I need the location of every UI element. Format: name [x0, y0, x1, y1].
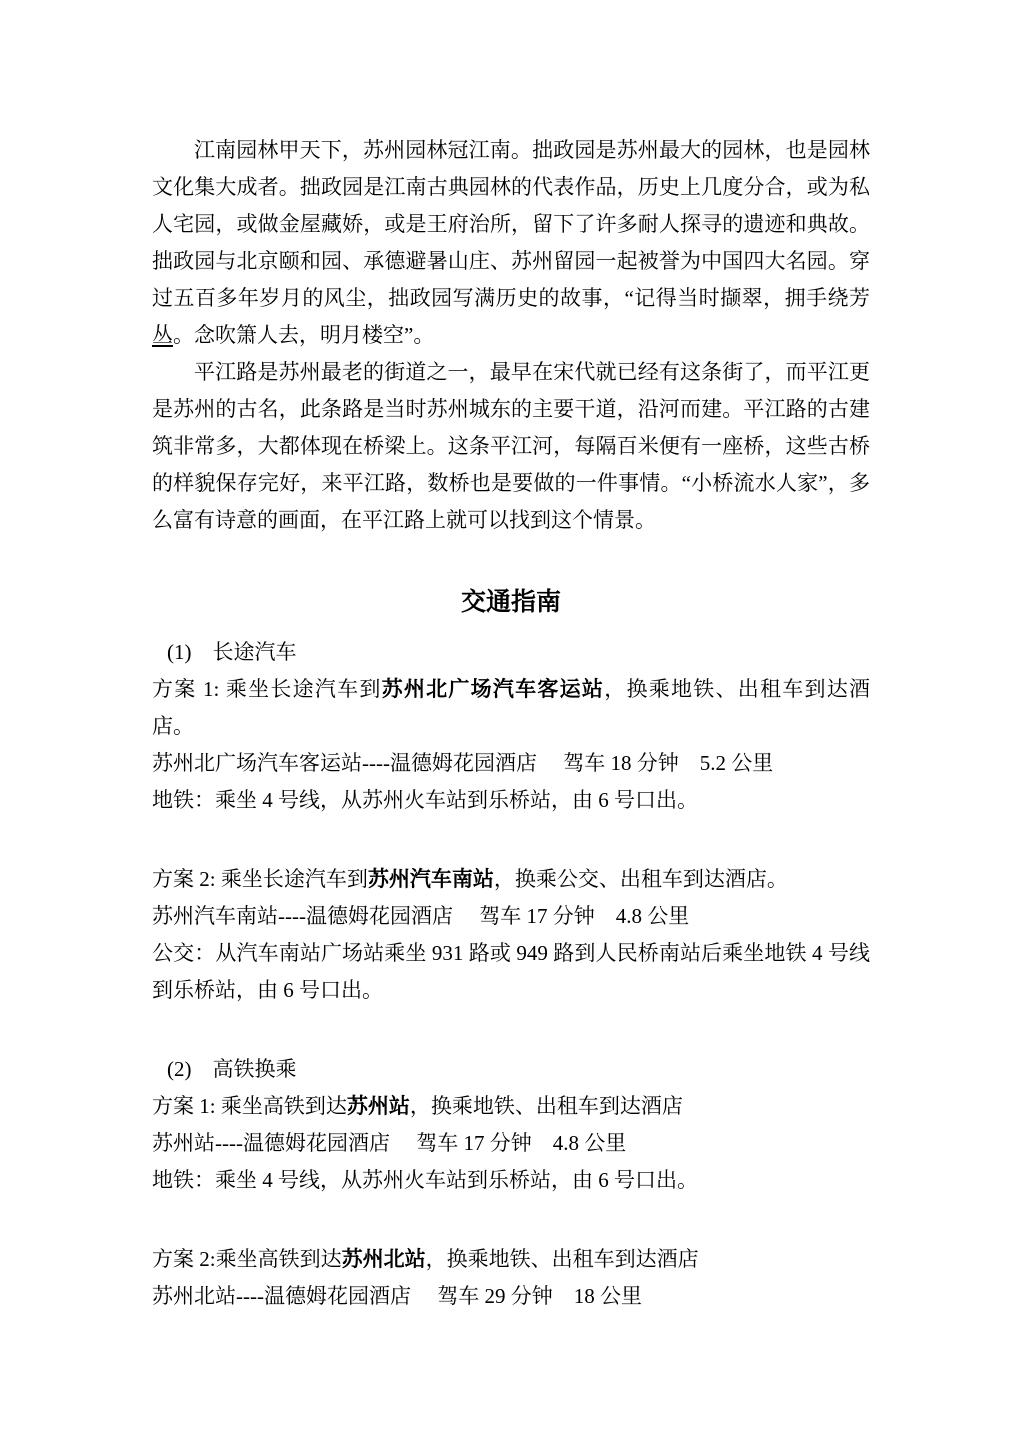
- section-2-title: (2) 高铁换乘: [152, 1051, 870, 1088]
- plan-text: 方案 2:乘坐高铁到达: [152, 1247, 342, 1271]
- plan-text: ，换乘地铁、出租车到达酒店: [426, 1247, 699, 1271]
- paragraph-zhuozhengyuan-text: 江南园林甲天下，苏州园林冠江南。拙政园是苏州最大的园林，也是园林文化集大成者。拙…: [152, 138, 870, 310]
- section-1-plan-1: 方案 1: 乘坐长途汽车到苏州北广场汽车客运站，换乘地铁、出租车到达酒店。: [152, 671, 870, 745]
- blank-line: [152, 819, 870, 861]
- plan-text: 方案 2: 乘坐长途汽车到: [152, 867, 368, 891]
- section-1-plan-2: 方案 2: 乘坐长途汽车到苏州汽车南站，换乘公交、出租车到达酒店。: [152, 861, 870, 898]
- section-1-route-2: 苏州汽车南站----温德姆花园酒店 驾车 17 分钟 4.8 公里: [152, 898, 870, 935]
- station-name-bold: 苏州站: [347, 1094, 410, 1118]
- section-2-route-1: 苏州站----温德姆花园酒店 驾车 17 分钟 4.8 公里: [152, 1125, 870, 1162]
- section-2-route-2: 苏州北站----温德姆花园酒店 驾车 29 分钟 18 公里: [152, 1278, 870, 1315]
- paragraph-pingjiang-road: 平江路是苏州最老的街道之一，最早在宋代就已经有这条街了，而平江更是苏州的古名，此…: [152, 354, 870, 539]
- blank-line: [152, 1009, 870, 1051]
- traffic-guide-heading: 交通指南: [152, 581, 870, 625]
- section-1-bus-2: 公交：从汽车南站广场站乘坐 931 路或 949 路到人民桥南站后乘坐地铁 4 …: [152, 935, 870, 1009]
- document-body: 江南园林甲天下，苏州园林冠江南。拙政园是苏州最大的园林，也是园林文化集大成者。拙…: [152, 132, 870, 1315]
- section-2-plan-2: 方案 2:乘坐高铁到达苏州北站，换乘地铁、出租车到达酒店: [152, 1241, 870, 1278]
- section-2-plan-1: 方案 1: 乘坐高铁到达苏州站，换乘地铁、出租车到达酒店: [152, 1088, 870, 1125]
- station-name-bold: 苏州北站: [342, 1247, 426, 1271]
- section-1-route-1: 苏州北广场汽车客运站----温德姆花园酒店 驾车 18 分钟 5.2 公里: [152, 745, 870, 782]
- underlined-character: 丛: [152, 323, 173, 347]
- section-2-metro-1: 地铁：乘坐 4 号线，从苏州火车站到乐桥站，由 6 号口出。: [152, 1162, 870, 1199]
- paragraph-zhuozhengyuan-end: 。念吹箫人去，明月楼空”。: [173, 323, 434, 347]
- blank-line: [152, 1199, 870, 1241]
- plan-text: 方案 1: 乘坐高铁到达: [152, 1094, 347, 1118]
- plan-text: ，换乘公交、出租车到达酒店。: [494, 867, 788, 891]
- paragraph-zhuozhengyuan: 江南园林甲天下，苏州园林冠江南。拙政园是苏州最大的园林，也是园林文化集大成者。拙…: [152, 132, 870, 354]
- document-page: 江南园林甲天下，苏州园林冠江南。拙政园是苏州最大的园林，也是园林文化集大成者。拙…: [0, 0, 1024, 1448]
- plan-text: ，换乘地铁、出租车到达酒店: [410, 1094, 683, 1118]
- plan-text: 方案 1: 乘坐长途汽车到: [152, 677, 382, 701]
- station-name-bold: 苏州汽车南站: [368, 867, 494, 891]
- section-1-title: (1) 长途汽车: [152, 634, 870, 671]
- station-name-bold: 苏州北广场汽车客运站: [382, 677, 605, 701]
- section-1-metro-1: 地铁：乘坐 4 号线，从苏州火车站到乐桥站，由 6 号口出。: [152, 782, 870, 819]
